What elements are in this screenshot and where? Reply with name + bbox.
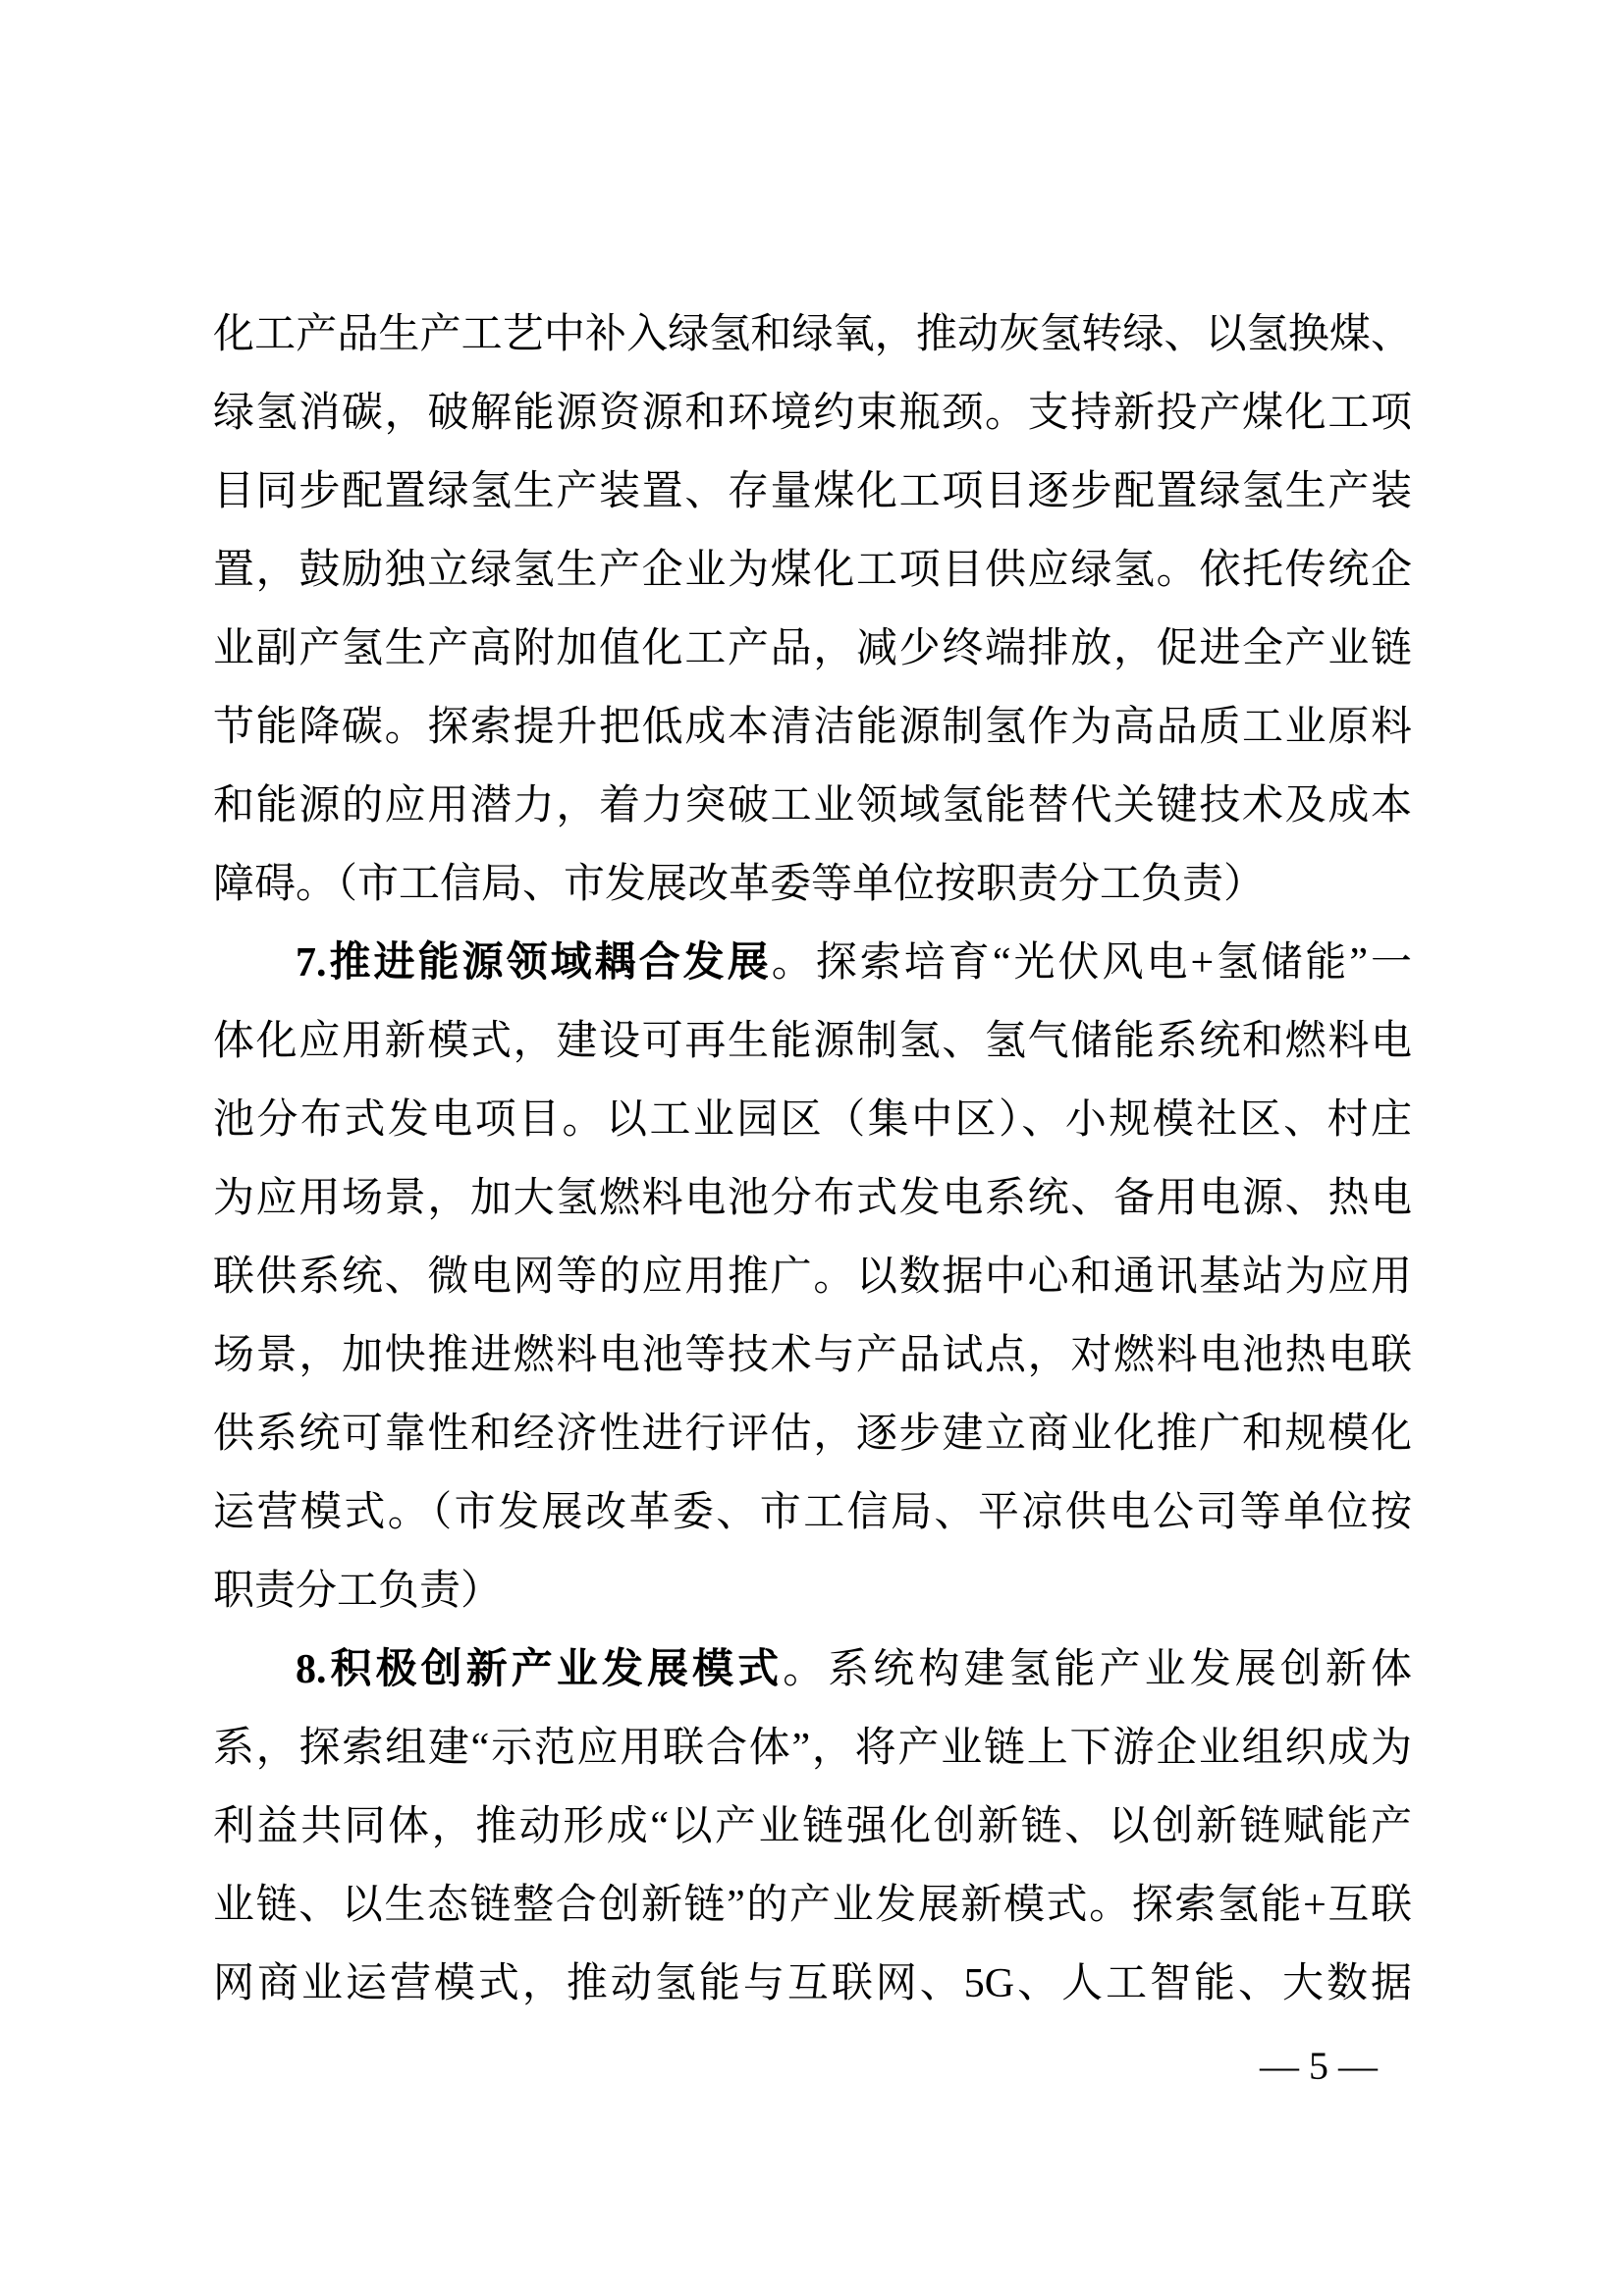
document-page: 化工产品生产工艺中补入绿氢和绿氧，推动灰氢转绿、以氢换煤、绿氢消碳，破解能源资源…: [0, 0, 1624, 2296]
text-line: 置，鼓励独立绿氢生产企业为煤化工项目供应绿氢。依托传统企: [213, 531, 1412, 610]
text-line: 运营模式。（市发展改革委、市工信局、平凉供电公司等单位按: [213, 1473, 1412, 1552]
body-segment: 业副产氢生产高附加值化工产品，减少终端排放，促进全产业链: [213, 626, 1412, 671]
body-segment: 化工产品生产工艺中补入绿氢和绿氧，推动灰氢转绿、以氢换煤、: [213, 312, 1412, 357]
text-line: 绿氢消碳，破解能源资源和环境约束瓶颈。支持新投产煤化工项: [213, 374, 1412, 453]
text-line: 系，探索组建“示范应用联合体”，将产业链上下游企业组织成为: [213, 1709, 1412, 1788]
body-segment: 职责分工负责）: [213, 1569, 502, 1614]
body-segment: 和能源的应用潜力，着力突破工业领域氢能替代关键技术及成本: [213, 783, 1412, 828]
body-segment: 障碍。（市工信局、市发展改革委等单位按职责分工负责）: [213, 862, 1265, 907]
text-line: 节能降碳。探索提升把低成本清洁能源制氢作为高品质工业原料: [213, 688, 1412, 767]
body-segment: 为应用场景，加大氢燃料电池分布式发电系统、备用电源、热电: [213, 1176, 1412, 1221]
text-line: 障碍。（市工信局、市发展改革委等单位按职责分工负责）: [213, 845, 1412, 924]
body-segment: 系，探索组建“示范应用联合体”，将产业链上下游企业组织成为: [213, 1726, 1412, 1771]
text-line: 和能源的应用潜力，着力突破工业领域氢能替代关键技术及成本: [213, 767, 1412, 845]
text-line: 7.推进能源领域耦合发展。探索培育“光伏风电+氢储能”一: [213, 924, 1412, 1002]
text-line: 利益共同体，推动形成“以产业链强化创新链、以创新链赋能产: [213, 1788, 1412, 1866]
body-segment: 节能降碳。探索提升把低成本清洁能源制氢作为高品质工业原料: [213, 705, 1412, 750]
text-line: 职责分工负责）: [213, 1552, 1412, 1630]
body-segment: 置，鼓励独立绿氢生产企业为煤化工项目供应绿氢。依托传统企: [213, 548, 1412, 593]
body-segment: 目同步配置绿氢生产装置、存量煤化工项目逐步配置绿氢生产装: [213, 469, 1412, 514]
text-line: 场景，加快推进燃料电池等技术与产品试点，对燃料电池热电联: [213, 1316, 1412, 1395]
text-line: 化工产品生产工艺中补入绿氢和绿氧，推动灰氢转绿、以氢换煤、: [213, 295, 1412, 374]
body-segment: 利益共同体，推动形成“以产业链强化创新链、以创新链赋能产: [213, 1804, 1412, 1849]
text-line: 供系统可靠性和经济性进行评估，逐步建立商业化推广和规模化: [213, 1395, 1412, 1473]
text-line: 网商业运营模式，推动氢能与互联网、5G、人工智能、大数据: [213, 1945, 1412, 2023]
heading-segment: 8.积极创新产业发展模式: [296, 1647, 783, 1692]
text-line: 业链、以生态链整合创新链”的产业发展新模式。探索氢能+互联: [213, 1866, 1412, 1945]
text-line: 8.积极创新产业发展模式。系统构建氢能产业发展创新体: [213, 1630, 1412, 1709]
body-segment: 运营模式。（市发展改革委、市工信局、平凉供电公司等单位按: [213, 1490, 1412, 1535]
body-segment: 。探索培育“光伏风电+氢储能”一: [772, 940, 1412, 986]
text-line: 目同步配置绿氢生产装置、存量煤化工项目逐步配置绿氢生产装: [213, 453, 1412, 531]
page-footer: — 5 —: [1211, 2032, 1427, 2101]
page-number: — 5 —: [1260, 2044, 1378, 2088]
body-segment: 联供系统、微电网等的应用推广。以数据中心和通讯基站为应用: [213, 1255, 1412, 1300]
body-segment: 网商业运营模式，推动氢能与互联网、5G、人工智能、大数据: [213, 1961, 1412, 2006]
text-line: 为应用场景，加大氢燃料电池分布式发电系统、备用电源、热电: [213, 1159, 1412, 1238]
body-segment: 。系统构建氢能产业发展创新体: [783, 1647, 1412, 1692]
body-segment: 场景，加快推进燃料电池等技术与产品试点，对燃料电池热电联: [213, 1333, 1412, 1378]
body-segment: 业链、以生态链整合创新链”的产业发展新模式。探索氢能+互联: [213, 1883, 1412, 1928]
body-segment: 供系统可靠性和经济性进行评估，逐步建立商业化推广和规模化: [213, 1412, 1412, 1457]
body-segment: 绿氢消碳，破解能源资源和环境约束瓶颈。支持新投产煤化工项: [213, 391, 1412, 436]
body-text: 化工产品生产工艺中补入绿氢和绿氧，推动灰氢转绿、以氢换煤、绿氢消碳，破解能源资源…: [213, 295, 1412, 2023]
body-segment: 体化应用新模式，建设可再生能源制氢、氢气储能系统和燃料电: [213, 1019, 1412, 1064]
heading-segment: 7.推进能源领域耦合发展: [296, 940, 772, 986]
text-line: 业副产氢生产高附加值化工产品，减少终端排放，促进全产业链: [213, 610, 1412, 688]
body-segment: 池分布式发电项目。以工业园区（集中区）、小规模社区、村庄: [213, 1097, 1412, 1143]
text-line: 池分布式发电项目。以工业园区（集中区）、小规模社区、村庄: [213, 1081, 1412, 1159]
text-line: 体化应用新模式，建设可再生能源制氢、氢气储能系统和燃料电: [213, 1002, 1412, 1081]
text-line: 联供系统、微电网等的应用推广。以数据中心和通讯基站为应用: [213, 1238, 1412, 1316]
